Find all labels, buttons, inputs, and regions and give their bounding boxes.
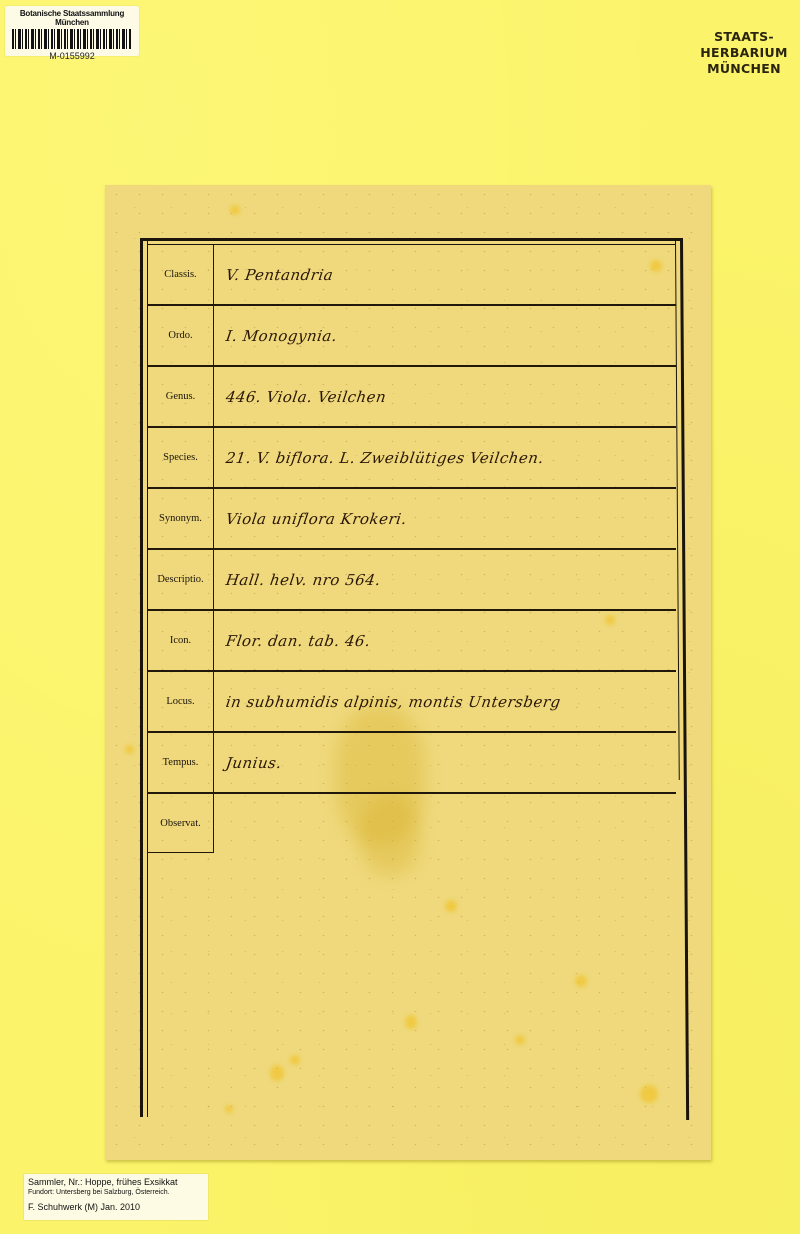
barcode-label: Botanische Staatssammlung München M-0155… [5,6,139,56]
field-label: Synonym. [148,489,214,548]
form-row-genus: Genus. 446. Viola. Veilchen [148,367,676,428]
paper-speck [225,1105,233,1113]
stamp-line-2: HERBARIUM [694,45,794,61]
field-label: Icon. [148,611,214,670]
institution-name: Botanische Staatssammlung München [5,9,139,27]
field-label: Observat. [148,794,214,853]
paper-speck [270,1065,284,1081]
paper-speck [515,1035,525,1045]
collector-line: Sammler, Nr.: Hoppe, frühes Exsikkat [28,1177,208,1188]
form-row-locus: Locus. in subhumidis alpinis, montis Unt… [148,672,676,733]
paper-speck [640,1085,658,1103]
collector-label: Sammler, Nr.: Hoppe, frühes Exsikkat Fun… [24,1174,208,1220]
form-row-classis: Classis. V. Pentandria [148,245,676,306]
field-label: Species. [148,428,214,487]
specimen-id: M-0155992 [5,51,139,61]
field-value-handwritten: 21. V. biflora. L. Zweiblütiges Veilchen… [216,428,680,487]
field-label: Classis. [148,245,214,304]
field-value-handwritten: Flor. dan. tab. 46. [216,611,680,670]
paper-speck [575,975,587,987]
determiner-line: F. Schuhwerk (M) Jan. 2010 [28,1202,208,1213]
frame-border [140,238,683,241]
field-label: Descriptio. [148,550,214,609]
field-label: Locus. [148,672,214,731]
paper-speck [405,1015,417,1029]
field-value-handwritten: I. Monogynia. [216,306,680,365]
field-label: Tempus. [148,733,214,792]
herbarium-stamp: STAATS- HERBARIUM MÜNCHEN [694,29,794,77]
field-value-handwritten: Viola uniflora Krokeri. [216,489,680,548]
locality-line: Fundort: Untersberg bei Salzburg, Österr… [28,1188,208,1197]
form-row-observat: Observat. [148,794,676,853]
form-row-descriptio: Descriptio. Hall. helv. nro 564. [148,550,676,611]
field-value-handwritten: in subhumidis alpinis, montis Untersberg [216,672,680,731]
stamp-line-3: MÜNCHEN [694,61,794,77]
frame-border [140,240,143,1117]
paper-speck [290,1055,300,1065]
label-form: Classis. V. Pentandria Ordo. I. Monogyni… [148,245,676,853]
form-row-ordo: Ordo. I. Monogynia. [148,306,676,367]
field-value-handwritten: Junius. [216,733,680,792]
form-row-species: Species. 21. V. biflora. L. Zweiblütiges… [148,428,676,489]
field-label: Genus. [148,367,214,426]
field-value-handwritten: V. Pentandria [216,245,680,304]
paper-speck [445,900,457,912]
paper-speck [125,745,134,754]
field-label: Ordo. [148,306,214,365]
form-row-synonym: Synonym. Viola uniflora Krokeri. [148,489,676,550]
field-value-handwritten: Hall. helv. nro 564. [216,550,680,609]
paper-speck [230,205,240,215]
field-value-handwritten: 446. Viola. Veilchen [216,367,680,426]
stamp-line-1: STAATS- [694,29,794,45]
barcode-icon [12,29,132,49]
specimen-sheet: Classis. V. Pentandria Ordo. I. Monogyni… [105,185,711,1160]
form-row-icon: Icon. Flor. dan. tab. 46. [148,611,676,672]
form-row-tempus: Tempus. Junius. [148,733,676,794]
